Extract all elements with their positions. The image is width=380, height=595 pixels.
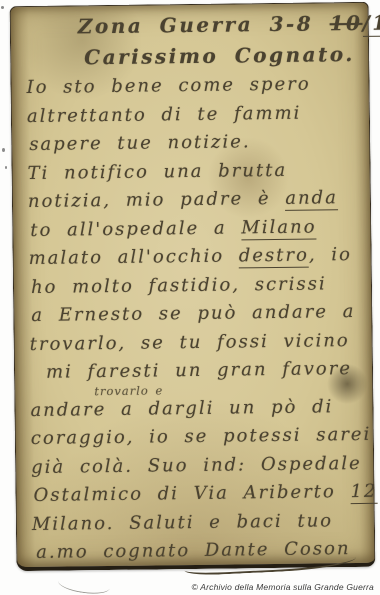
dust-speck	[2, 148, 5, 152]
letter-line: altrettanto di te fammi	[27, 98, 365, 131]
letter-text: andare a dargli un pò di	[30, 396, 333, 421]
letter-text: già colà. Suo ind: Ospedale	[31, 452, 362, 477]
letter-line: Milano. Saluti e baci tuo	[32, 506, 370, 539]
letter-text: destro	[239, 245, 309, 269]
dust-speck	[5, 166, 7, 169]
letter-text: Ostalmico di Via Ariberto	[33, 481, 350, 506]
letter-line: Ostalmico di Via Ariberto 12	[33, 478, 369, 511]
letter-text: to all'ospedale a	[30, 217, 241, 241]
letter-text: Ti notifico una brutta	[27, 159, 287, 183]
letter-text: Carissimo Cognato.	[84, 42, 355, 69]
letter-text: anda	[285, 187, 338, 211]
letter-text: 10	[329, 11, 362, 35]
letter-text: mi faresti un gran favore	[46, 358, 352, 383]
letter-text: altrettanto di te fammi	[27, 102, 302, 126]
letter-line: Carissimo Cognato.	[84, 39, 364, 73]
letter-text: , io	[309, 244, 352, 266]
letter-line: sapere tue notizie.	[29, 127, 365, 160]
dust-hair	[57, 572, 111, 595]
letter-text: coraggio, io se potessi sarei	[31, 424, 372, 449]
letter-line: ho molto fastidio, scrissi	[31, 269, 367, 302]
letter-text: trovarlo, se tu fossi vicino	[30, 330, 350, 355]
credit-line: © Archivio della Memoria sulla Grande Gu…	[192, 582, 374, 592]
letter-text: malato all'occhio	[29, 245, 239, 269]
letter-line: coraggio, io se potessi sarei	[31, 421, 369, 454]
letter-line: malato all'occhio destro, io	[28, 241, 366, 274]
letter-line: Io sto bene come spero	[26, 70, 364, 103]
letter-line: to all'ospedale a Milano	[30, 212, 366, 245]
letter-line: già colà. Suo ind: Ospedale	[31, 449, 369, 482]
letter-line: Ti notifico una brutta	[27, 155, 365, 188]
letter-text: notizia, mio padre è	[28, 188, 286, 212]
letter-line: notizia, mio padre è anda	[28, 184, 366, 217]
dust-speck	[1, 6, 4, 9]
letter-line: a.mo cognato Dante Coson	[36, 535, 370, 568]
letter-text: Zona Guerra 3-8	[78, 11, 330, 38]
letter-text: Milano	[241, 216, 316, 240]
scan-background: Zona Guerra 3-8 10/18.Carissimo Cognato.…	[0, 0, 380, 595]
letter-text: Milano. Saluti e baci tuo	[32, 510, 333, 535]
letter-text: ho molto fastidio, scrissi	[31, 273, 327, 298]
postcard: Zona Guerra 3-8 10/18.Carissimo Cognato.…	[10, 2, 376, 571]
letter-text: a Ernesto se può andare a	[31, 301, 355, 326]
letter-line: andare a dargli un pò di	[30, 392, 368, 425]
letter-lines: Zona Guerra 3-8 10/18.Carissimo Cognato.…	[26, 8, 371, 568]
letter-line: a Ernesto se può andare a	[31, 298, 367, 331]
letter-line: trovarlo, se tu fossi vicino	[30, 326, 368, 359]
letter-text: Io sto bene come spero	[26, 74, 310, 98]
signature-text: Dante Coson	[205, 535, 351, 565]
letter-text: sapere tue notizie.	[29, 131, 251, 155]
letter-text: a.mo cognato	[36, 540, 205, 563]
letter-line: Zona Guerra 3-8 10/18.	[78, 8, 364, 42]
letter-text: trovarlo e	[94, 383, 163, 398]
letter-text: 12	[350, 481, 377, 504]
letter-line: mi faresti un gran favore	[46, 355, 368, 387]
letter-text: /18.	[362, 10, 380, 37]
